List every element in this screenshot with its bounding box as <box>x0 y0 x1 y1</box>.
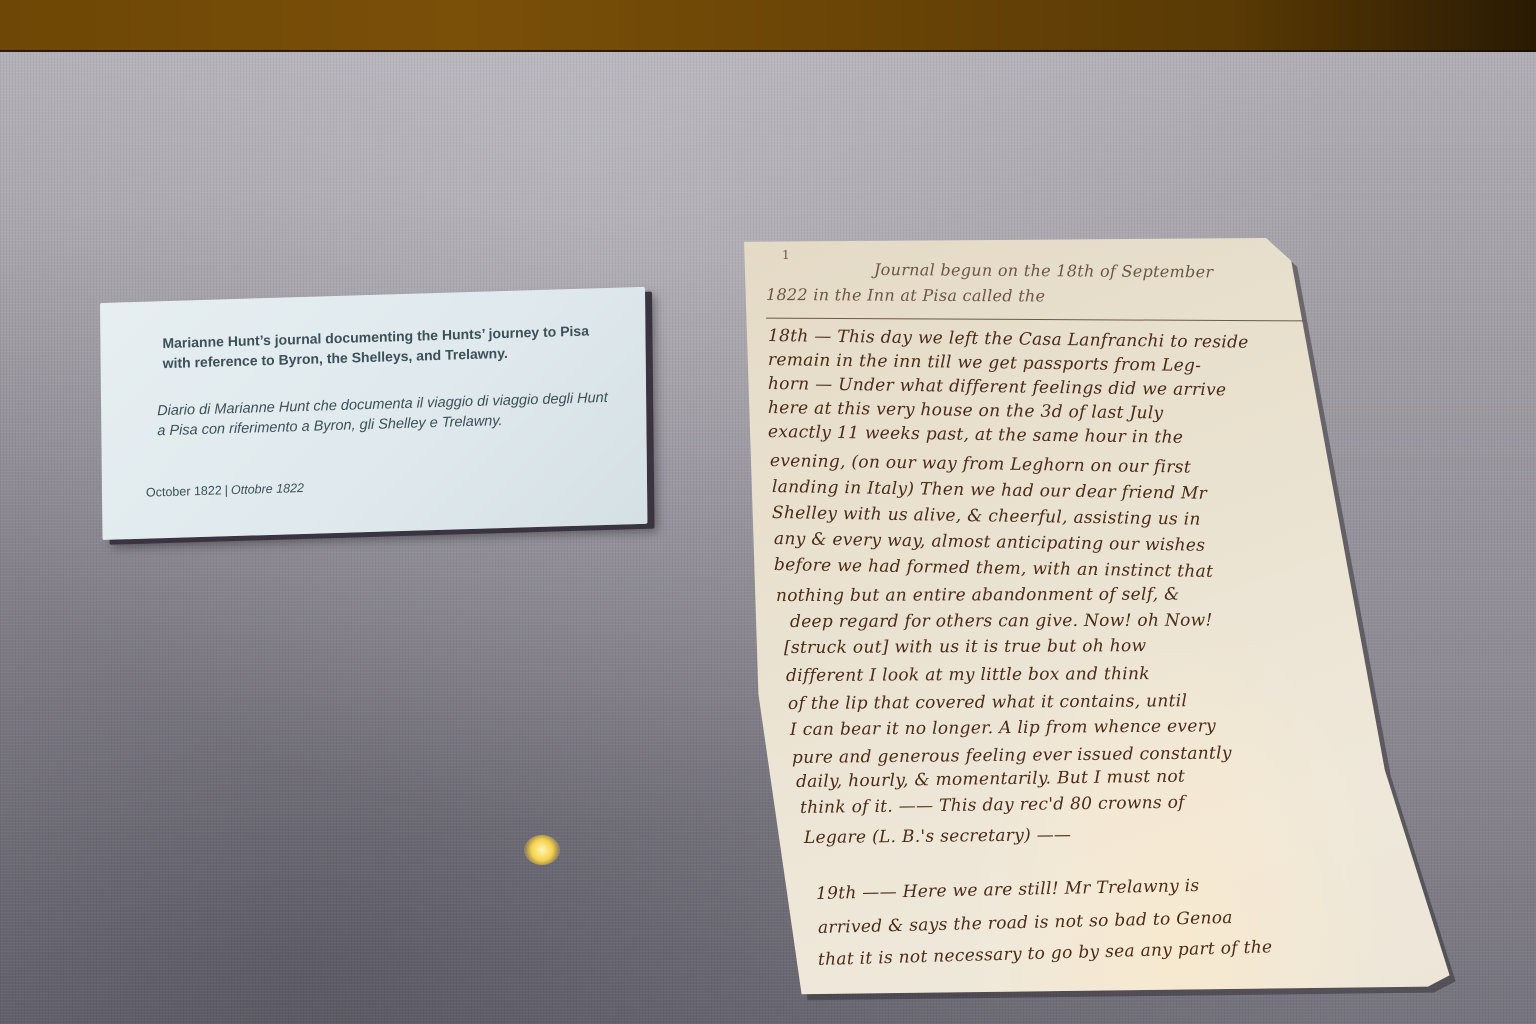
journal-page-number: 1 <box>782 248 790 262</box>
journal-line: of the lip that covered what it contains… <box>788 691 1187 714</box>
journal-line: different I look at my little box and th… <box>786 664 1150 686</box>
caption-italian: Diario di Marianne Hunt che documenta il… <box>157 388 617 442</box>
caption-date: October 1822|Ottobre 1822 <box>146 481 304 500</box>
display-case-frame <box>0 0 1536 52</box>
journal-line: I can bear it no longer. A lip from when… <box>790 716 1216 740</box>
caption-date-separator: | <box>225 483 228 497</box>
light-reflection <box>524 835 560 865</box>
journal-line: nothing but an entire abandonment of sel… <box>776 585 1180 606</box>
caption-date-italian: Ottobre 1822 <box>231 481 304 497</box>
journal-line: Legare (L. B.'s secretary) —— <box>804 825 1072 848</box>
caption-english: Marianne Hunt’s journal documenting the … <box>162 320 602 373</box>
journal-line: [struck out] with us it is true but oh h… <box>784 636 1146 658</box>
caption-date-english: October 1822 <box>146 483 222 499</box>
journal-header-line: Journal begun on the 18th of September <box>874 260 1213 281</box>
museum-caption-card: Marianne Hunt’s journal documenting the … <box>100 287 647 540</box>
journal-line: deep regard for others can give. Now! oh… <box>790 611 1213 632</box>
journal-page: 1 Journal begun on the 18th of September… <box>744 238 1464 998</box>
journal-header-line: 1822 in the Inn at Pisa called the <box>766 285 1045 305</box>
